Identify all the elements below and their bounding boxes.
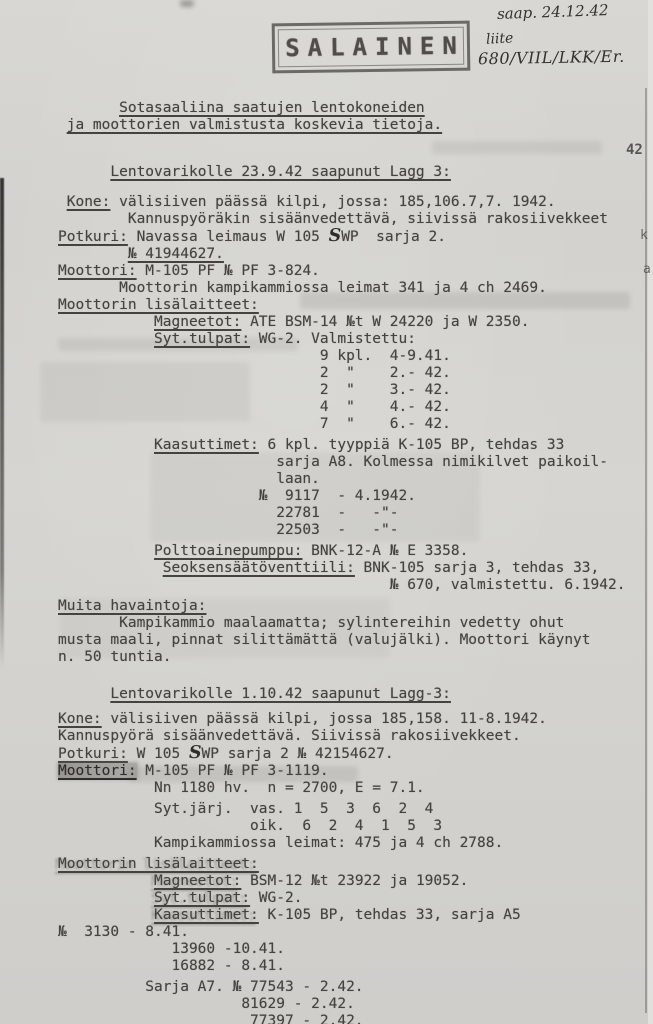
text-segment: Syt.tulpat: <box>154 890 250 906</box>
text-segment <box>58 873 154 889</box>
handwritten-received-date: saap. 24.12.42 <box>497 1 609 23</box>
document-line: oik. 6 2 4 1 5 3 <box>58 818 653 835</box>
text-segment: Syt.järj. vas. 1 5 3 6 2 4 <box>58 801 433 817</box>
bleed-through-smudge <box>180 0 194 7</box>
text-segment: 81629 - 2.42. <box>58 996 355 1012</box>
document-line: 4 " 4.- 42. <box>58 399 653 416</box>
document-line: № 9117 - 4.1942. <box>58 488 653 505</box>
text-segment: 7 " 6.- 42. <box>58 416 451 432</box>
document-line: ja moottorien valmistusta koskevia tieto… <box>58 117 653 134</box>
text-segment: Kannuspyörä sisäänvedettävä. Siivissä ra… <box>58 728 521 744</box>
text-segment <box>58 246 128 262</box>
text-segment: WG-2. <box>250 890 302 906</box>
text-segment <box>58 543 154 559</box>
text-segment <box>58 194 67 210</box>
document-body: Sotasaaliina saatujen lentokoneiden ja m… <box>0 100 653 1024</box>
document-line: laan. <box>58 471 653 488</box>
text-segment: Lentovarikolle 1.10.42 saapunut Lagg-3: <box>110 686 450 702</box>
text-segment: Moottorin lisälaitteet: <box>58 297 259 313</box>
document-line: musta maali, pinnat silittämättä (valujä… <box>58 632 653 649</box>
text-segment <box>58 117 67 133</box>
text-segment <box>58 314 154 330</box>
text-segment <box>58 331 154 347</box>
document-line: Kaasuttimet: K-105 BP, tehdas 33, sarja … <box>58 907 653 924</box>
text-segment: № 41944627. <box>128 246 224 262</box>
document-line: 2 " 3.- 42. <box>58 382 653 399</box>
text-segment: Muita havaintoja: <box>58 598 206 614</box>
text-segment: Kone: <box>58 711 102 727</box>
document-line: Potkuri: Navassa leimaus W 105 SWP sarja… <box>58 228 653 246</box>
text-segment: 6 kpl. tyyppiä K-105 BP, tehdas 33 <box>259 437 565 453</box>
salainen-secret-stamp: SALAINEN <box>272 21 471 74</box>
text-segment: välisiiven päässä kilpi, jossa: 185,106.… <box>110 194 555 210</box>
document-line: Moottori: M-105 PF № PF 3-1119. <box>58 763 653 780</box>
document-line: Lentovarikolle 1.10.42 saapunut Lagg-3: <box>58 686 653 703</box>
text-segment: 9 kpl. 4-9.41. <box>58 348 451 364</box>
text-segment: Nn 1180 hv. n = 2700, E = 7.1. <box>58 780 425 796</box>
text-segment: № 3130 - 8.41. <box>58 924 189 940</box>
text-segment: Potkuri: <box>58 746 128 762</box>
text-segment: oik. 6 2 4 1 5 3 <box>58 818 442 834</box>
text-segment: Sarja A7. № 77543 - 2.42. <box>58 979 364 995</box>
text-segment: M-105 PF № PF 3-824. <box>137 263 320 279</box>
text-segment: 13960 -10.41. <box>58 941 285 957</box>
text-segment: Kampikammio maalaamatta; sylintereihin v… <box>58 615 564 631</box>
text-segment: sarja A8. Kolmessa nimikilvet paikoil- <box>58 454 608 470</box>
text-segment: BNK-12-A № E 3358. <box>302 543 468 559</box>
text-segment <box>58 686 110 702</box>
text-segment: BNK-105 sarja 3, tehdas 33, <box>355 560 599 576</box>
text-segment <box>58 164 110 180</box>
text-segment: Moottori: <box>58 263 137 279</box>
document-line: 22781 - -"- <box>58 505 653 522</box>
text-segment: Syt.tulpat: <box>154 331 250 347</box>
document-line: Syt.tulpat: WG-2. Valmistettu: <box>58 331 653 348</box>
document-line: № 670, valmistettu. 6.1942. <box>58 577 653 594</box>
document-line: Kannuspyöräkin sisäänvedettävä, siivissä… <box>58 211 653 228</box>
text-segment: № 9117 - 4.1942. <box>58 488 416 504</box>
stamp-inner-border: SALAINEN <box>278 27 465 68</box>
document-line: Sarja A7. № 77543 - 2.42. <box>58 979 653 996</box>
text-segment: WP sarja 2. <box>341 229 446 245</box>
text-segment: musta maali, pinnat silittämättä (valujä… <box>58 632 591 648</box>
document-line: Kaasuttimet: 6 kpl. tyyppiä K-105 BP, te… <box>58 437 653 454</box>
text-segment: n. 50 tuntia. <box>58 649 172 665</box>
text-segment: WG-2. Valmistettu: <box>250 331 416 347</box>
document-line: Moottorin kampikammiossa leimat 341 ja 4… <box>58 280 653 297</box>
document-line: Magneetot: BSM-12 №t 23922 ja 19052. <box>58 873 653 890</box>
document-line: 7 " 6.- 42. <box>58 416 653 433</box>
text-segment <box>58 100 119 116</box>
text-segment: M-105 PF № PF 3-1119. <box>137 763 329 779</box>
text-segment: laan. <box>58 471 320 487</box>
text-segment: Moottorin lisälaitteet: <box>58 856 259 872</box>
document-line: Syt.järj. vas. 1 5 3 6 2 4 <box>58 801 653 818</box>
document-line: Sotasaaliina saatujen lentokoneiden <box>58 100 653 117</box>
text-segment: 2 " 2.- 42. <box>58 365 451 381</box>
document-line: Kannuspyörä sisäänvedettävä. Siivissä ra… <box>58 728 653 745</box>
text-segment: Polttoainepumppu: <box>154 543 302 559</box>
text-segment <box>58 890 154 906</box>
document-line: Magneetot: ATE BSM-14 №t W 24220 ja W 23… <box>58 314 653 331</box>
text-segment: Magneetot: <box>154 873 241 889</box>
text-segment: ATE BSM-14 №t W 24220 ja W 2350. <box>241 314 529 330</box>
text-segment: WP sarja 2 № 42154627. <box>202 746 394 762</box>
document-line: Potkuri: W 105 SWP sarja 2 № 42154627. <box>58 745 653 763</box>
text-segment <box>58 907 154 923</box>
document-line: № 41944627. <box>58 246 653 263</box>
document-line: Polttoainepumppu: BNK-12-A № E 3358. <box>58 543 653 560</box>
text-segment: № 670, valmistettu. 6.1942. <box>58 577 625 593</box>
document-line: 13960 -10.41. <box>58 941 653 958</box>
document-line: Seoksensäätöventtiili: BNK-105 sarja 3, … <box>58 560 653 577</box>
stamp-text: SALAINEN <box>277 32 465 63</box>
text-segment <box>58 437 154 453</box>
text-segment: 2 " 3.- 42. <box>58 382 451 398</box>
text-segment: 22503 - -"- <box>58 522 398 538</box>
text-segment: Potkuri: <box>58 229 128 245</box>
text-segment: 4 " 4.- 42. <box>58 399 451 415</box>
document-line: Moottorin lisälaitteet: <box>58 297 653 314</box>
document-line: 16882 - 8.41. <box>58 958 653 975</box>
document-line: Syt.tulpat: WG-2. <box>58 890 653 907</box>
text-segment: Moottori: <box>58 763 137 779</box>
document-line: Moottori: M-105 PF № PF 3-824. <box>58 263 653 280</box>
document-line: № 3130 - 8.41. <box>58 924 653 941</box>
document-line: sarja A8. Kolmessa nimikilvet paikoil- <box>58 454 653 471</box>
text-segment: Seoksensäätöventtiili: <box>163 560 355 576</box>
handwritten-attachment-ref: 680/VIIL/LKK/Er. <box>478 47 625 69</box>
handwritten-letter: S <box>329 226 342 246</box>
document-line: Kampikammiossa leimat: 475 ja 4 ch 2788. <box>58 835 653 852</box>
text-segment: Navassa leimaus W 105 <box>128 229 329 245</box>
document-line: 22503 - -"- <box>58 522 653 539</box>
document-line: n. 50 tuntia. <box>58 649 653 666</box>
document-line: Kone: välisiiven päässä kilpi, jossa 185… <box>58 711 653 728</box>
scanned-document-page: SALAINEN saap. 24.12.42 liite 680/VIIL/L… <box>0 0 653 1024</box>
document-line: Kampikammio maalaamatta; sylintereihin v… <box>58 615 653 632</box>
text-segment: ja moottorien valmistusta koskevia tieto… <box>67 117 442 133</box>
document-line: Muita havaintoja: <box>58 598 653 615</box>
text-segment: Magneetot: <box>154 314 241 330</box>
text-segment: Sotasaaliina saatujen lentokoneiden <box>119 100 425 116</box>
text-segment: Moottorin kampikammiossa leimat 341 ja 4… <box>58 280 547 296</box>
document-line: Nn 1180 hv. n = 2700, E = 7.1. <box>58 780 653 797</box>
text-segment: BSM-12 №t 23922 ja 19052. <box>241 873 468 889</box>
handwritten-attachment-word: liite <box>486 30 514 47</box>
text-segment: 16882 - 8.41. <box>58 958 285 974</box>
text-segment: Kaasuttimet: <box>154 907 259 923</box>
text-segment: Lentovarikolle 23.9.42 saapunut Lagg 3: <box>110 164 450 180</box>
text-segment: 22781 - -"- <box>58 505 398 521</box>
text-segment: W 105 <box>128 746 189 762</box>
text-segment: välisiiven päässä kilpi, jossa 185,158. … <box>102 711 547 727</box>
document-line: Lentovarikolle 23.9.42 saapunut Lagg 3: <box>58 164 653 181</box>
text-segment: 77397 - 2.42. <box>58 1013 364 1024</box>
text-segment: Kannuspyöräkin sisäänvedettävä, siivissä… <box>58 211 608 227</box>
text-segment: Kaasuttimet: <box>154 437 259 453</box>
document-line: 2 " 2.- 42. <box>58 365 653 382</box>
document-line: 77397 - 2.42. <box>58 1013 653 1024</box>
document-line: Kone: välisiiven päässä kilpi, jossa: 18… <box>58 194 653 211</box>
document-line: Moottorin lisälaitteet: <box>58 856 653 873</box>
handwritten-letter: S <box>189 743 202 763</box>
text-segment: Kampikammiossa leimat: 475 ja 4 ch 2788. <box>58 835 503 851</box>
text-segment: Kone: <box>67 194 111 210</box>
document-line: 9 kpl. 4-9.41. <box>58 348 653 365</box>
text-segment: K-105 BP, tehdas 33, sarja A5 <box>259 907 521 923</box>
document-line: 81629 - 2.42. <box>58 996 653 1013</box>
text-segment <box>58 560 163 576</box>
